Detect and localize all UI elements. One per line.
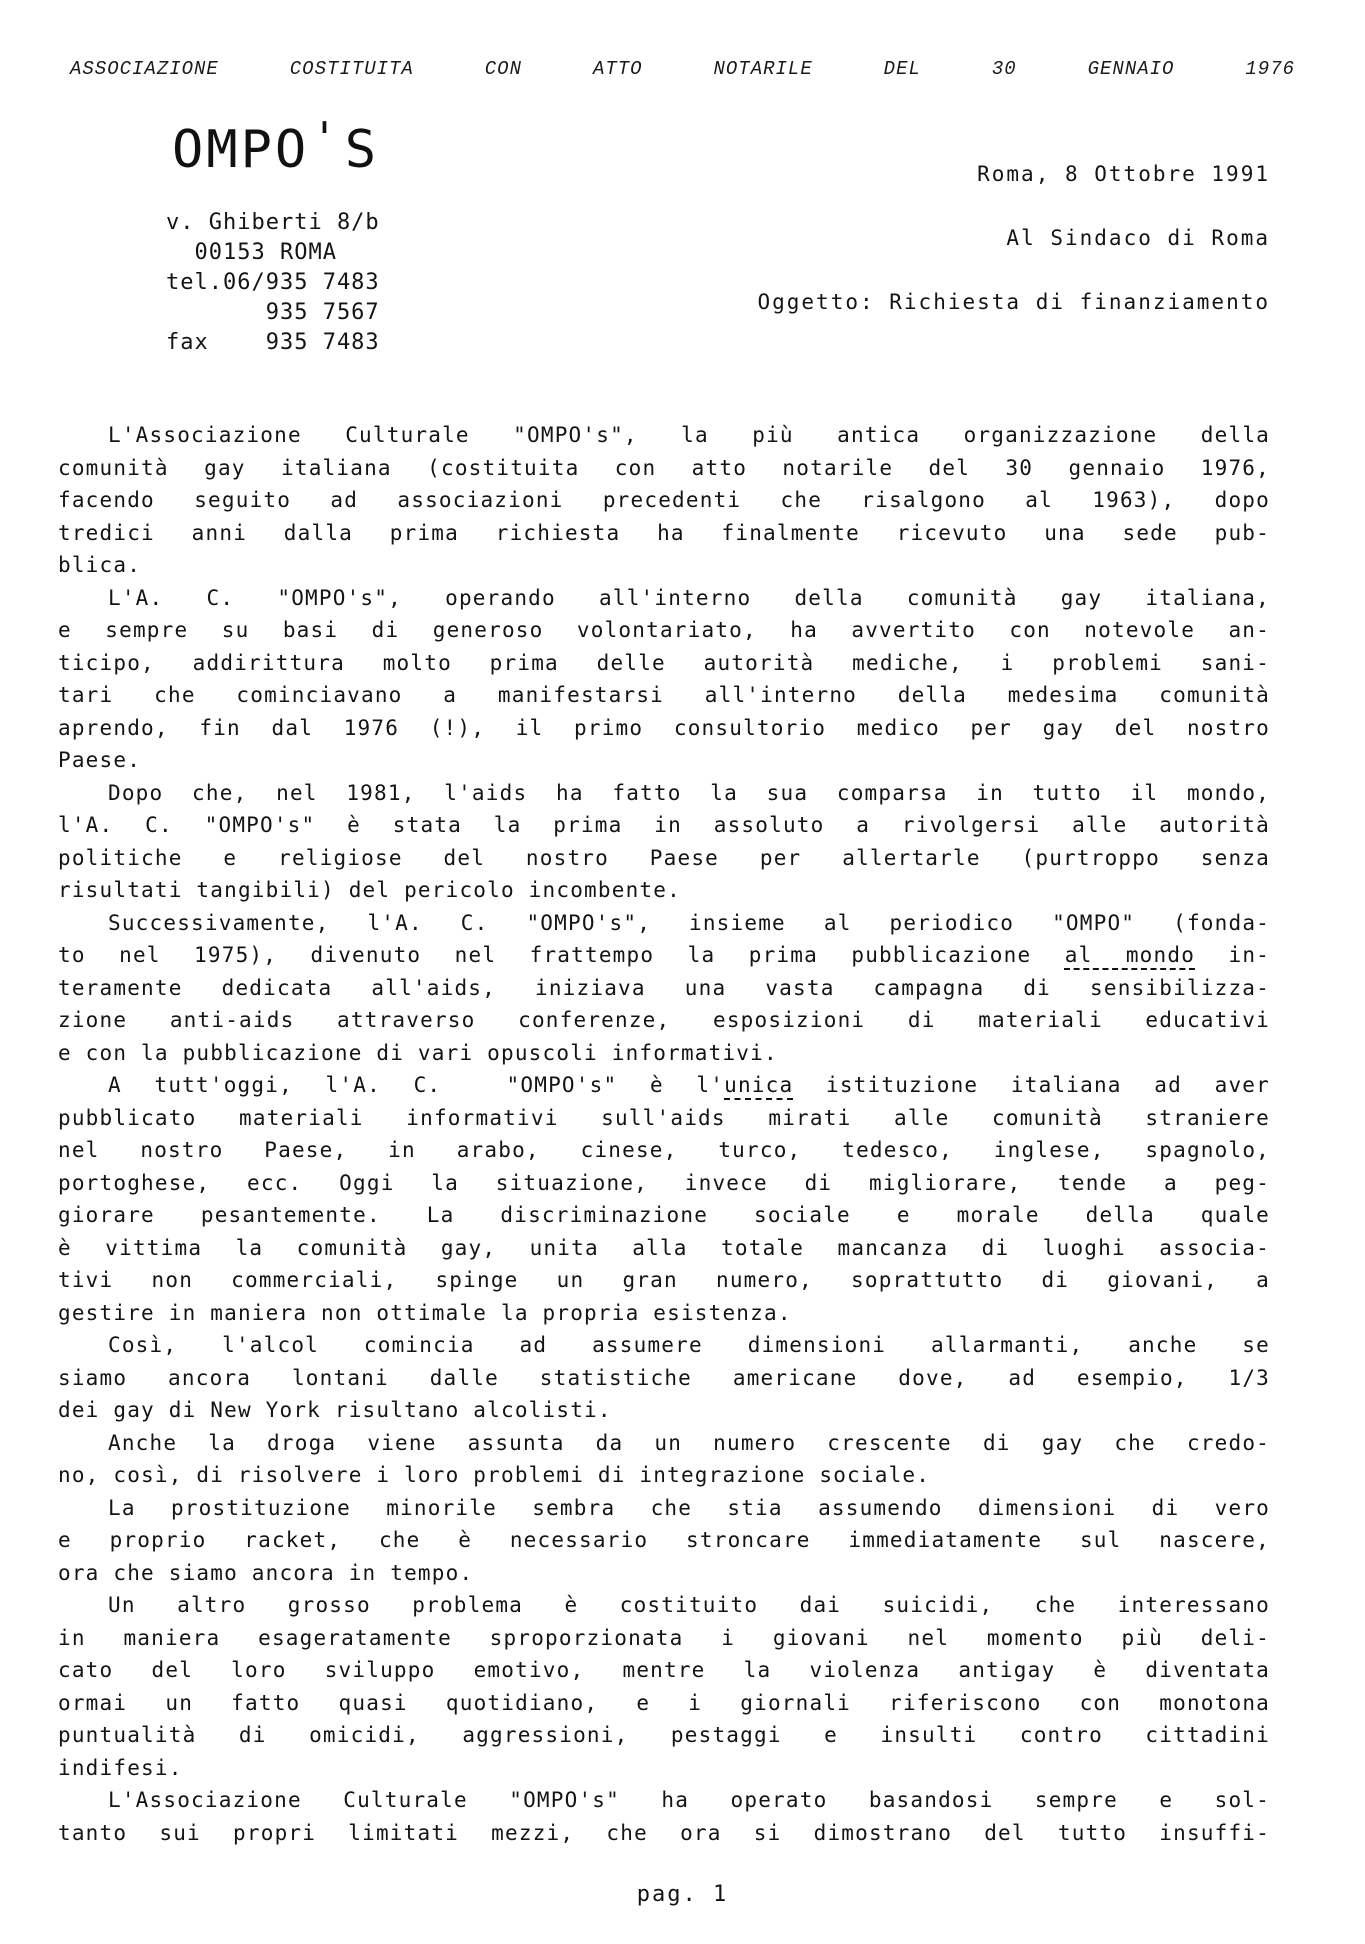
address-line: fax 935 7483	[166, 328, 380, 358]
address-line: v. Ghiberti 8/b	[166, 208, 380, 238]
text-line: comunità gay italiana (costituita con at…	[58, 452, 1270, 485]
text-line: giorare pesantemente. La discriminazione…	[58, 1199, 1270, 1232]
text-line: tredici anni dalla prima richiesta ha fi…	[58, 517, 1270, 550]
address-line: 935 7567	[166, 298, 380, 328]
header-word: DEL	[884, 58, 921, 80]
text-line: Anche la droga viene assunta da un numer…	[58, 1427, 1270, 1460]
text-line: blica.	[58, 549, 1270, 582]
text-line: puntualità di omicidi, aggressioni, pest…	[58, 1719, 1270, 1752]
text-line: in maniera esageratamente sproporzionata…	[58, 1622, 1270, 1655]
text-line: pubblicato materiali informativi sull'ai…	[58, 1102, 1270, 1135]
header-word: 1976	[1245, 58, 1295, 80]
text-line: Un altro grosso problema è costituito da…	[58, 1589, 1270, 1622]
text-line: aprendo, fin dal 1976 (!), il primo cons…	[58, 712, 1270, 745]
text-line: e sempre su basi di generoso volontariat…	[58, 614, 1270, 647]
header-word: GENNAIO	[1088, 58, 1175, 80]
text-line: tanto sui propri limitati mezzi, che ora…	[58, 1817, 1270, 1850]
address-line: 00153 ROMA	[166, 238, 380, 268]
org-name-part: OMPO	[172, 120, 309, 180]
text-line: La prostituzione minorile sembra che sti…	[58, 1492, 1270, 1525]
text-line: e con la pubblicazione di vari opuscoli …	[58, 1037, 1270, 1070]
text-line: to nel 1975), divenuto nel frattempo la …	[58, 939, 1270, 972]
text-line: Così, l'alcol comincia ad assumere dimen…	[58, 1329, 1270, 1362]
text-line: è vittima la comunità gay, unita alla to…	[58, 1232, 1270, 1265]
text-line: facendo seguito ad associazioni preceden…	[58, 484, 1270, 517]
text-segment: A tutt'oggi, l'A. C. "OMPO's" è l'	[108, 1073, 724, 1097]
underlined-emphasis: al mondo	[1065, 943, 1195, 967]
underlined-emphasis: unica	[724, 1073, 793, 1097]
text-line: nel nostro Paese, in arabo, cinese, turc…	[58, 1134, 1270, 1167]
text-line: L'A. C. "OMPO's", operando all'interno d…	[58, 582, 1270, 615]
text-line: ora che siamo ancora in tempo.	[58, 1557, 1270, 1590]
text-line: A tutt'oggi, l'A. C. "OMPO's" è l'unica …	[58, 1069, 1270, 1102]
header-word: 30	[992, 58, 1017, 80]
address-line: tel.06/935 7483	[166, 268, 380, 298]
text-line: zione anti-aids attraverso conferenze, e…	[58, 1004, 1270, 1037]
text-segment: istituzione italiana ad aver	[793, 1073, 1270, 1097]
text-line: Paese.	[58, 744, 1270, 777]
org-name-part: S	[345, 120, 379, 180]
text-line: l'A. C. "OMPO's" è stata la prima in ass…	[58, 809, 1270, 842]
text-line: cato del loro sviluppo emotivo, mentre l…	[58, 1654, 1270, 1687]
text-line: Dopo che, nel 1981, l'aids ha fatto la s…	[58, 777, 1270, 810]
page-number: pag. 1	[0, 1882, 1365, 1907]
header-word: COSTITUITA	[290, 58, 414, 80]
text-line: e proprio racket, che è necessario stron…	[58, 1524, 1270, 1557]
text-line: siamo ancora lontani dalle statistiche a…	[58, 1362, 1270, 1395]
header-word: ATTO	[593, 58, 643, 80]
text-line: tivi non commerciali, spinge un gran num…	[58, 1264, 1270, 1297]
text-line: L'Associazione Culturale "OMPO's" ha ope…	[58, 1784, 1270, 1817]
org-name-apostrophe: '	[311, 113, 341, 164]
header-word: ASSOCIAZIONE	[70, 58, 219, 80]
text-line: no, così, di risolvere i loro problemi d…	[58, 1459, 1270, 1492]
text-line: ormai un fatto quasi quotidiano, e i gio…	[58, 1687, 1270, 1720]
text-segment: to nel 1975), divenuto nel frattempo la …	[58, 943, 1065, 967]
text-line: L'Associazione Culturale "OMPO's", la pi…	[58, 419, 1270, 452]
text-line: politiche e religiose del nostro Paese p…	[58, 842, 1270, 875]
org-logo: OMPO'S	[172, 124, 379, 176]
text-line: ticipo, addirittura molto prima delle au…	[58, 647, 1270, 680]
text-segment: in-	[1195, 943, 1270, 967]
text-line: indifesi.	[58, 1752, 1270, 1785]
letter-body: L'Associazione Culturale "OMPO's", la pi…	[58, 419, 1270, 1849]
letter-subject: Oggetto: Richiesta di finanziamento	[757, 290, 1270, 314]
text-line: gestire in maniera non ottimale la propr…	[58, 1297, 1270, 1330]
org-address: v. Ghiberti 8/b 00153 ROMAtel.06/935 748…	[166, 208, 380, 358]
header-word: NOTARILE	[714, 58, 813, 80]
association-header: ASSOCIAZIONECOSTITUITACONATTONOTARILEDEL…	[70, 58, 1295, 80]
letter-recipient: Al Sindaco di Roma	[1006, 226, 1270, 250]
text-line: teramente dedicata all'aids, iniziava un…	[58, 972, 1270, 1005]
letter-date: Roma, 8 Ottobre 1991	[977, 162, 1270, 186]
text-line: Successivamente, l'A. C. "OMPO's", insie…	[58, 907, 1270, 940]
text-line: tari che cominciavano a manifestarsi all…	[58, 679, 1270, 712]
text-line: dei gay di New York risultano alcolisti.	[58, 1394, 1270, 1427]
text-line: risultati tangibili) del pericolo incomb…	[58, 874, 1270, 907]
text-line: portoghese, ecc. Oggi la situazione, inv…	[58, 1167, 1270, 1200]
header-word: CON	[485, 58, 522, 80]
